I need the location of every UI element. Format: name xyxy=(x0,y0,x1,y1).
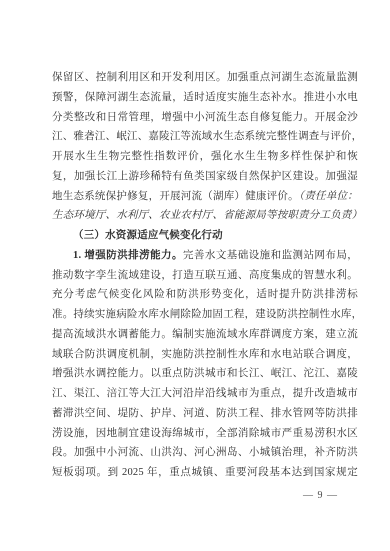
section-heading: （三）水资源适应气候变化行动 xyxy=(52,226,358,246)
text-segment: 完善水文基础设施和监测站网布局， xyxy=(183,250,358,261)
text-line: 涝设施，因地制宜建设海绵城市，全部消除城市严重易涝积水区 xyxy=(52,424,358,444)
text-segment: 1. 增强防洪排涝能力。 xyxy=(73,250,183,261)
text-segment: 预警，保障河湖生态流量，适时适度实施生态补水。推进小水电 xyxy=(52,92,358,103)
page-number: — 9 — xyxy=(303,489,338,503)
text-line: 段。加强中小河流、山洪沟、河心洲岛、小城镇治理，补齐防洪 xyxy=(52,443,358,463)
text-segment: 增强洪水调控能力。以重点防洪城市和长江、岷江、沱江、嘉陵 xyxy=(52,368,358,379)
text-segment: 域联合防洪调度机制，实施防洪控制性水库和水电站联合调度， xyxy=(52,349,358,360)
text-segment: 充分考虑气候变化风险和防洪形势变化，适时提升防洪排涝标 xyxy=(52,289,358,300)
text-segment: （三）水资源适应气候变化行动 xyxy=(73,230,223,241)
text-segment: 提高流域洪水调蓄能力。编制实施流域水库群调度方案，建立流 xyxy=(52,329,358,340)
text-line: 1. 增强防洪排涝能力。完善水文基础设施和监测站网布局， xyxy=(52,246,358,266)
text-line: 域联合防洪调度机制，实施防洪控制性水库和水电站联合调度， xyxy=(52,345,358,365)
text-segment: 段。加强中小河流、山洪沟、河心洲岛、小城镇治理，补齐防洪 xyxy=(52,447,358,458)
text-segment: 生态环境厅、水利厅、农业农村厅、省能源局等按职责分工负责） xyxy=(52,210,362,221)
text-segment: （责任单位： xyxy=(299,191,358,202)
text-line: 复，加强长江上游珍稀特有鱼类国家级自然保护区建设。加强湿 xyxy=(52,167,358,187)
text-segment: 准。持续实施病险水库水闸除险加固工程，建设防洪控制性水库， xyxy=(52,309,362,320)
text-line: 短板弱项。到 2025 年，重点城镇、重要河段基本达到国家规定 xyxy=(52,463,358,483)
text-segment: 短板弱项。到 2025 年，重点城镇、重要河段基本达到国家规定 xyxy=(52,467,358,478)
text-line: 江、雅砻江、岷江、嘉陵江等流域水生态系统完整性调查与评价， xyxy=(52,127,358,147)
text-line: 预警，保障河湖生态流量，适时适度实施生态补水。推进小水电 xyxy=(52,88,358,108)
text-line: 推动数字孪生流域建设，打造互联互通、高度集成的智慧水利。 xyxy=(52,266,358,286)
text-segment: 蓄滞洪空间、堤防、护岸、河道、防洪工程、排水管网等防洪排 xyxy=(52,408,358,419)
text-block: 保留区、控制利用区和开发利用区。加强重点河湖生态流量监测预警，保障河湖生态流量，… xyxy=(52,68,358,483)
text-segment: 推动数字孪生流域建设，打造互联互通、高度集成的智慧水利。 xyxy=(52,270,358,281)
text-segment: 复，加强长江上游珍稀特有鱼类国家级自然保护区建设。加强湿 xyxy=(52,171,358,182)
text-segment: 江、雅砻江、岷江、嘉陵江等流域水生态系统完整性调查与评价， xyxy=(52,131,362,142)
text-line: 江、渠江、涪江等大江大河沿岸沿线城市为重点，提升改造城市 xyxy=(52,384,358,404)
document-page: 保留区、控制利用区和开发利用区。加强重点河湖生态流量监测预警，保障河湖生态流量，… xyxy=(0,0,390,551)
text-line: 准。持续实施病险水库水闸除险加固工程，建设防洪控制性水库， xyxy=(52,305,358,325)
text-line: 蓄滞洪空间、堤防、护岸、河道、防洪工程、排水管网等防洪排 xyxy=(52,404,358,424)
text-line: 充分考虑气候变化风险和防洪形势变化，适时提升防洪排涝标 xyxy=(52,285,358,305)
text-segment: 涝设施，因地制宜建设海绵城市，全部消除城市严重易涝积水区 xyxy=(52,428,358,439)
text-line: 提高流域洪水调蓄能力。编制实施流域水库群调度方案，建立流 xyxy=(52,325,358,345)
text-segment: 开展水生生物完整性指数评价，强化水生生物多样性保护和恢 xyxy=(52,151,358,162)
text-segment: 地生态系统保护修复，开展河流（湖库）健康评价。 xyxy=(52,191,299,202)
text-line: 地生态系统保护修复，开展河流（湖库）健康评价。（责任单位： xyxy=(52,187,358,207)
text-segment: 保留区、控制利用区和开发利用区。加强重点河湖生态流量监测 xyxy=(52,72,358,83)
text-line: 保留区、控制利用区和开发利用区。加强重点河湖生态流量监测 xyxy=(52,68,358,88)
text-line: 分类整改和日常管理，增强中小河流生态自修复能力。开展金沙 xyxy=(52,108,358,128)
text-segment: 江、渠江、涪江等大江大河沿岸沿线城市为重点，提升改造城市 xyxy=(52,388,358,399)
text-line: 增强洪水调控能力。以重点防洪城市和长江、岷江、沱江、嘉陵 xyxy=(52,364,358,384)
text-line: 开展水生生物完整性指数评价，强化水生生物多样性保护和恢 xyxy=(52,147,358,167)
text-line: 生态环境厅、水利厅、农业农村厅、省能源局等按职责分工负责） xyxy=(52,206,358,226)
text-segment: 分类整改和日常管理，增强中小河流生态自修复能力。开展金沙 xyxy=(52,112,358,123)
